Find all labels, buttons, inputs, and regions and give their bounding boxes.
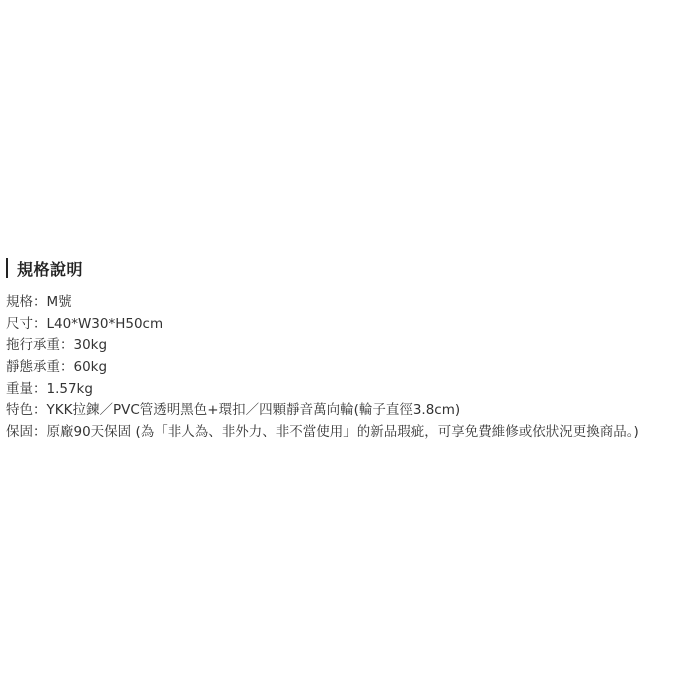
- heading-accent-bar: [6, 258, 8, 278]
- spec-separator: ：: [33, 381, 47, 397]
- spec-label: 特色: [6, 402, 33, 418]
- spec-towing-load: 拖行承重：30kg: [6, 335, 700, 357]
- spec-warranty: 保固：原廠90天保固 (為「非人為、非外力、非不當使用」的新品瑕疵，可享免費維修…: [6, 422, 700, 444]
- spec-label: 重量: [6, 381, 33, 397]
- spec-value: L40*W30*H50cm: [47, 316, 164, 332]
- spec-weight: 重量：1.57kg: [6, 379, 700, 401]
- spec-value: 1.57kg: [47, 381, 93, 397]
- spec-separator: ：: [33, 316, 47, 332]
- spec-label: 尺寸: [6, 316, 33, 332]
- spec-label: 規格: [6, 294, 33, 310]
- spec-separator: ：: [33, 402, 47, 418]
- spec-value: 30kg: [74, 337, 108, 353]
- spec-value: M號: [47, 294, 72, 310]
- spec-dimensions: 尺寸：L40*W30*H50cm: [6, 314, 700, 336]
- spec-label: 保固: [6, 424, 33, 440]
- section-heading: 規格說明: [6, 256, 700, 280]
- spec-separator: ：: [33, 424, 47, 440]
- spec-value: YKK拉鍊／PVC管透明黑色+環扣／四顆靜音萬向輪(輪子直徑3.8cm): [47, 402, 461, 418]
- spec-section: 規格說明 規格：M號 尺寸：L40*W30*H50cm 拖行承重：30kg 靜態…: [0, 256, 700, 444]
- spec-size-grade: 規格：M號: [6, 292, 700, 314]
- spec-separator: ：: [60, 337, 74, 353]
- spec-label: 拖行承重: [6, 337, 60, 353]
- spec-list: 規格：M號 尺寸：L40*W30*H50cm 拖行承重：30kg 靜態承重：60…: [0, 292, 700, 444]
- section-title: 規格說明: [17, 257, 83, 280]
- spec-value: 60kg: [74, 359, 108, 375]
- spec-label: 靜態承重: [6, 359, 60, 375]
- spec-separator: ：: [33, 294, 47, 310]
- spec-static-load: 靜態承重：60kg: [6, 357, 700, 379]
- spec-value: 原廠90天保固 (為「非人為、非外力、非不當使用」的新品瑕疵，可享免費維修或依狀…: [47, 424, 639, 440]
- spec-features: 特色：YKK拉鍊／PVC管透明黑色+環扣／四顆靜音萬向輪(輪子直徑3.8cm): [6, 400, 700, 422]
- spec-separator: ：: [60, 359, 74, 375]
